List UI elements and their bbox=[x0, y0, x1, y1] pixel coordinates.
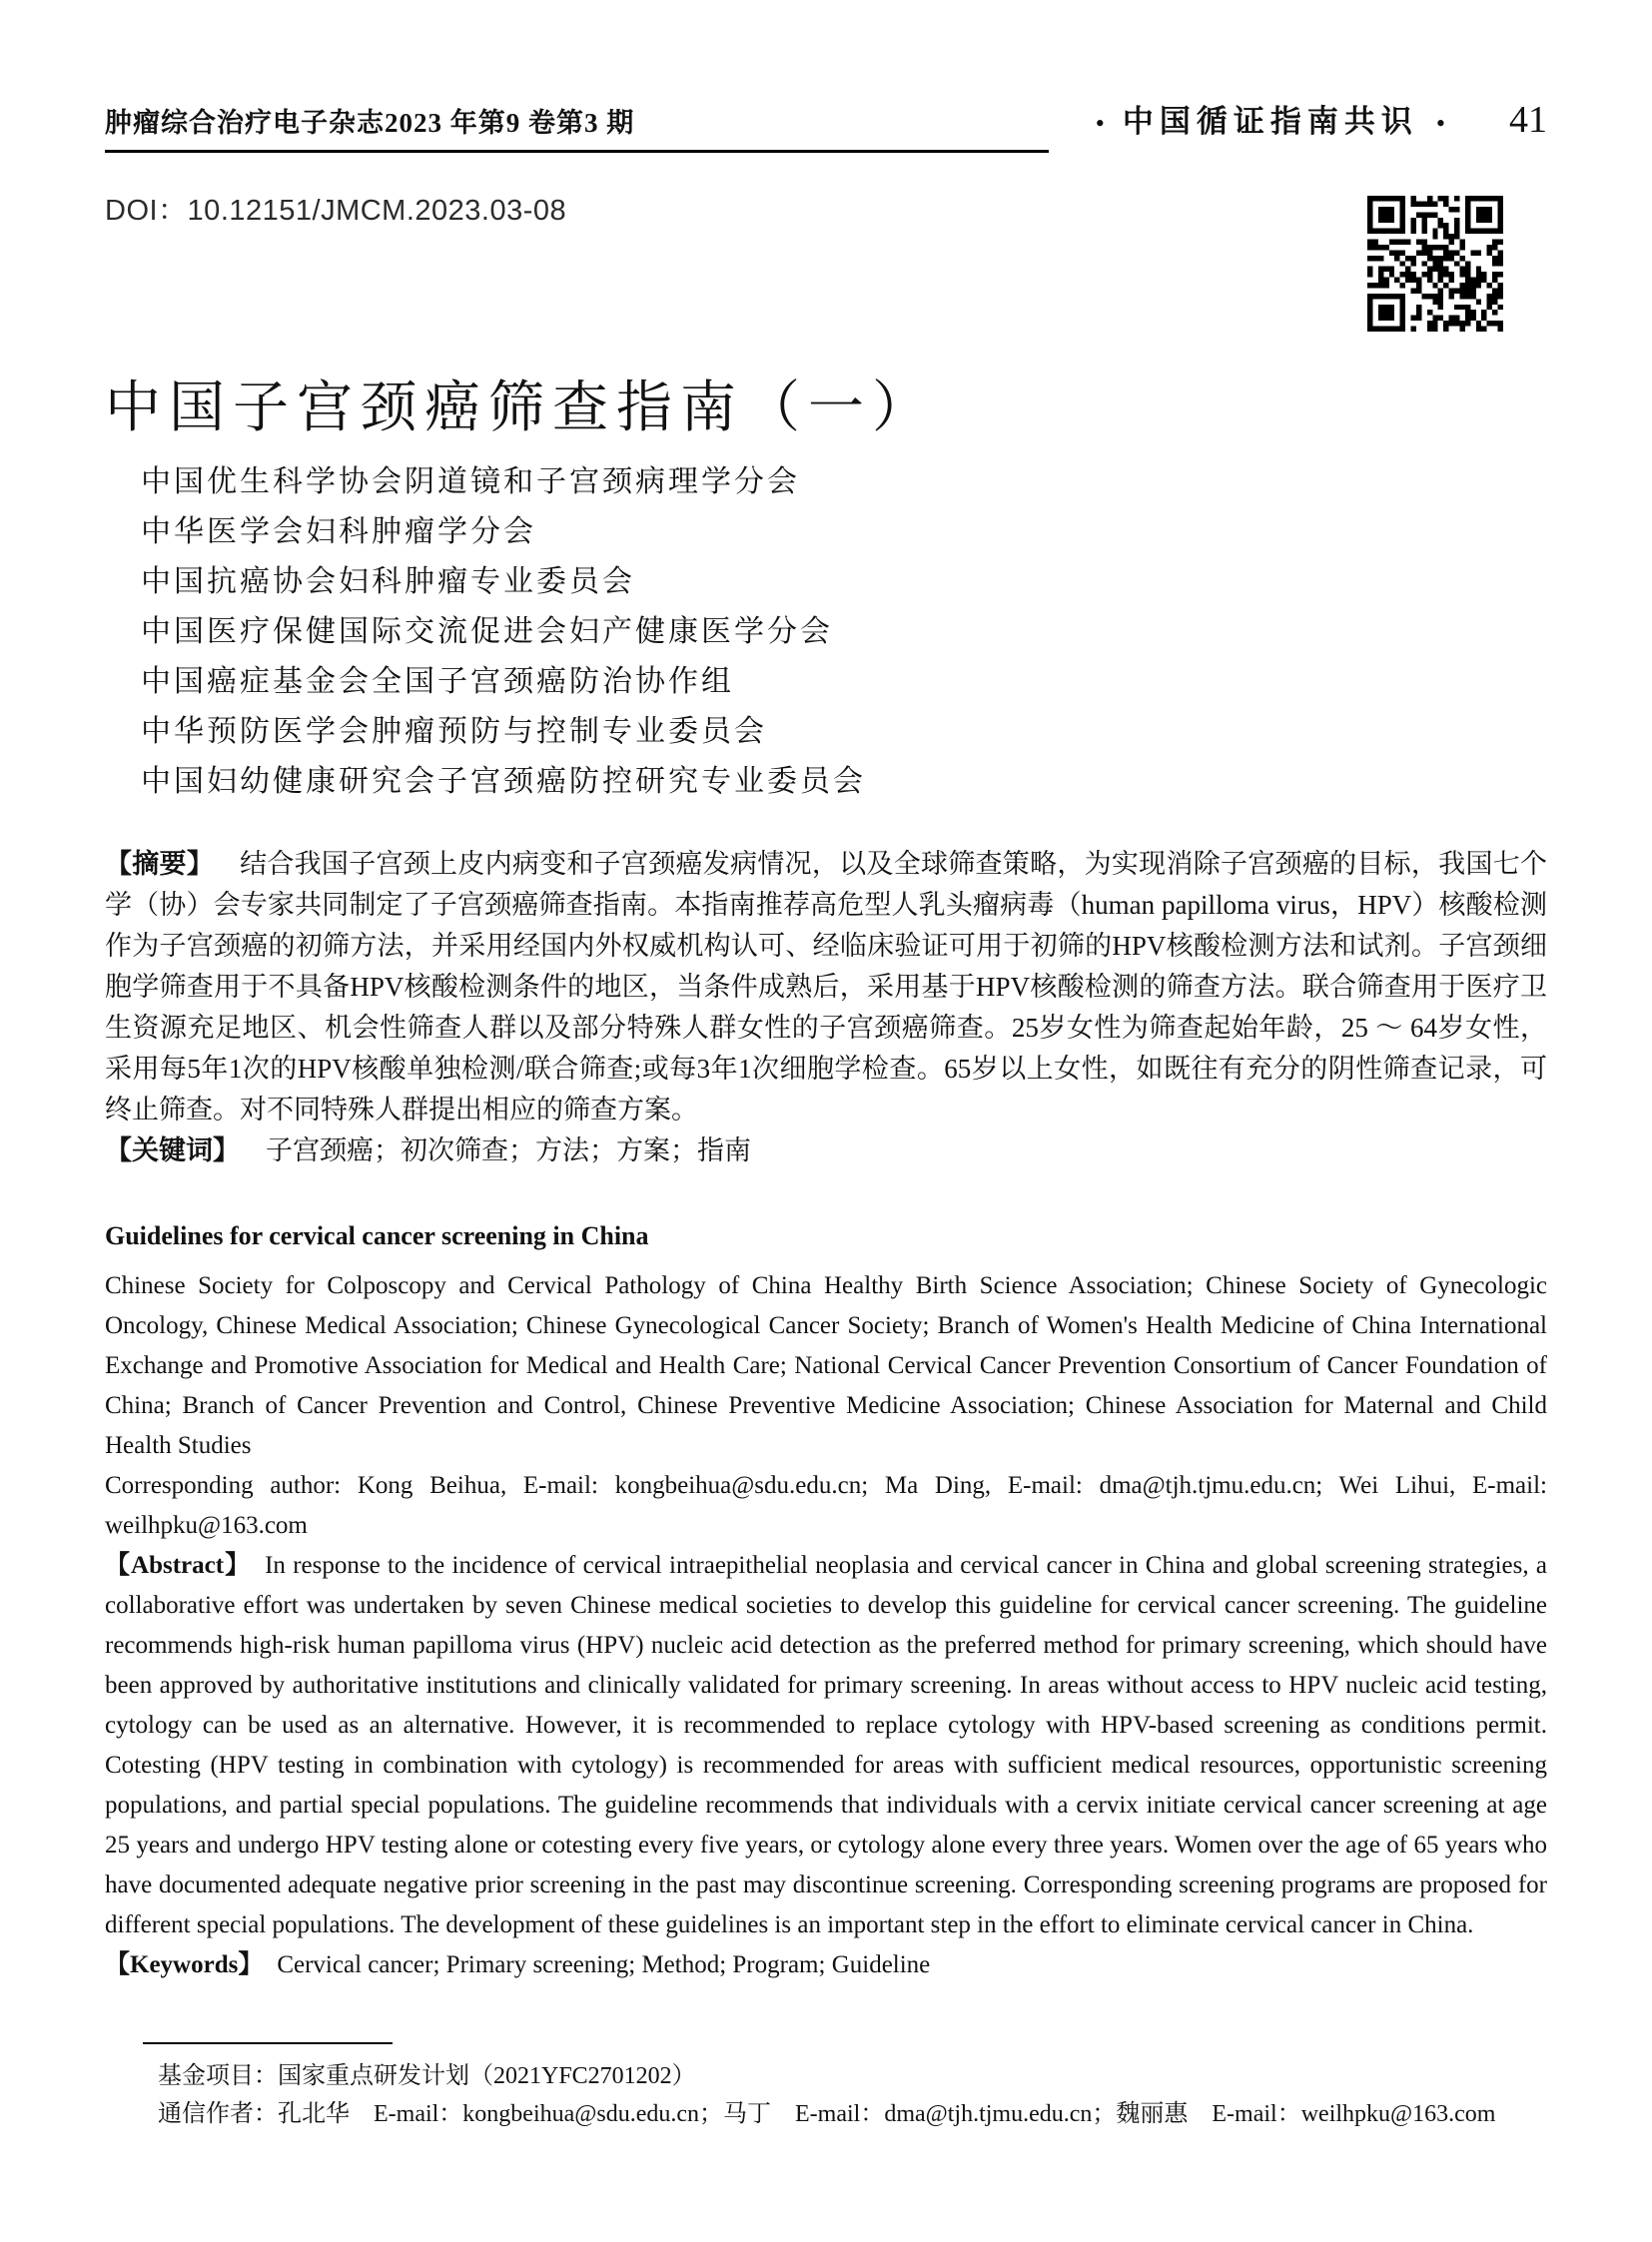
corresponding-note: 通信作者：孔北华 E-mail：kongbeihua@sdu.edu.cn；马丁… bbox=[158, 2095, 1546, 2133]
footnote-block: 基金项目：国家重点研发计划（2021YFC2701202） 通信作者：孔北华 E… bbox=[158, 2057, 1546, 2133]
organization-line: 中国医疗保健国际交流促进会妇产健康医学分会 bbox=[141, 607, 1547, 657]
page-number: 41 bbox=[1509, 98, 1547, 142]
organization-line: 中国妇幼健康研究会子宫颈癌防控研究专业委员会 bbox=[141, 757, 1547, 807]
footnote-rule bbox=[143, 2042, 393, 2044]
en-abstract-text: In response to the incidence of cervical… bbox=[105, 1552, 1547, 1938]
english-block: Guidelines for cervical cancer screening… bbox=[105, 1216, 1547, 1985]
cn-abstract-paragraph: 【摘要】结合我国子宫颈上皮内病变和子宫颈癌发病情况，以及全球筛查策略，为实现消除… bbox=[105, 844, 1547, 1130]
header-rule bbox=[105, 150, 1049, 153]
bullet-icon: • bbox=[1096, 111, 1105, 137]
cn-keywords-line: 【关键词】子宫颈癌；初次筛查；方法；方案；指南 bbox=[105, 1130, 1547, 1171]
chinese-abstract-block: 【摘要】结合我国子宫颈上皮内病变和子宫颈癌发病情况，以及全球筛查策略，为实现消除… bbox=[105, 844, 1547, 1171]
organization-line: 中国优生科学协会阴道镜和子宫颈病理学分会 bbox=[141, 457, 1547, 507]
journal-page: 肿瘤综合治疗电子杂志2023 年第9 卷第3 期 • 中国循证指南共识 • 41… bbox=[0, 0, 1652, 2242]
doi: DOI：10.12151/JMCM.2023.03-08 bbox=[105, 188, 566, 229]
author-organizations: 中国优生科学协会阴道镜和子宫颈病理学分会 中华医学会妇科肿瘤学分会 中国抗癌协会… bbox=[105, 457, 1547, 807]
organization-line: 中国癌症基金会全国子宫颈癌防治协作组 bbox=[141, 657, 1547, 707]
qr-code bbox=[1367, 196, 1503, 332]
en-keywords-text: Cervical cancer; Primary screening; Meth… bbox=[277, 1951, 930, 1978]
cn-keywords-text: 子宫颈癌；初次筛查；方法；方案；指南 bbox=[266, 1135, 751, 1165]
en-keywords-line: 【Keywords】Cervical cancer; Primary scree… bbox=[105, 1945, 1547, 1985]
organization-line: 中国抗癌协会妇科肿瘤专业委员会 bbox=[141, 557, 1547, 607]
cn-abstract-label: 【摘要】 bbox=[105, 849, 214, 879]
article-title: 中国子宫颈癌筛查指南（一） bbox=[105, 364, 1547, 443]
section-label: 中国循证指南共识 bbox=[1123, 96, 1418, 141]
journal-name: 肿瘤综合治疗电子杂志2023 年第9 卷第3 期 bbox=[105, 101, 634, 140]
cn-keywords-label: 【关键词】 bbox=[105, 1135, 240, 1165]
organization-line: 中华医学会妇科肿瘤学分会 bbox=[141, 507, 1547, 557]
en-abstract-paragraph: 【Abstract】In response to the incidence o… bbox=[105, 1546, 1547, 1945]
page-header: 肿瘤综合治疗电子杂志2023 年第9 卷第3 期 • 中国循证指南共识 • 41 bbox=[105, 96, 1547, 142]
header-section: • 中国循证指南共识 • 41 bbox=[1096, 96, 1547, 142]
en-title: Guidelines for cervical cancer screening… bbox=[105, 1216, 1547, 1256]
fund-note: 基金项目：国家重点研发计划（2021YFC2701202） bbox=[158, 2057, 1546, 2095]
cn-abstract-text: 结合我国子宫颈上皮内病变和子宫颈癌发病情况，以及全球筛查策略，为实现消除子宫颈癌… bbox=[105, 849, 1547, 1124]
bullet-icon: • bbox=[1436, 111, 1445, 137]
en-affiliations: Chinese Society for Colposcopy and Cervi… bbox=[105, 1266, 1547, 1466]
en-abstract-label: 【Abstract】 bbox=[105, 1552, 251, 1579]
en-keywords-label: 【Keywords】 bbox=[105, 1951, 263, 1978]
organization-line: 中华预防医学会肿瘤预防与控制专业委员会 bbox=[141, 707, 1547, 757]
en-corresponding: Corresponding author: Kong Beihua, E-mai… bbox=[105, 1466, 1547, 1546]
